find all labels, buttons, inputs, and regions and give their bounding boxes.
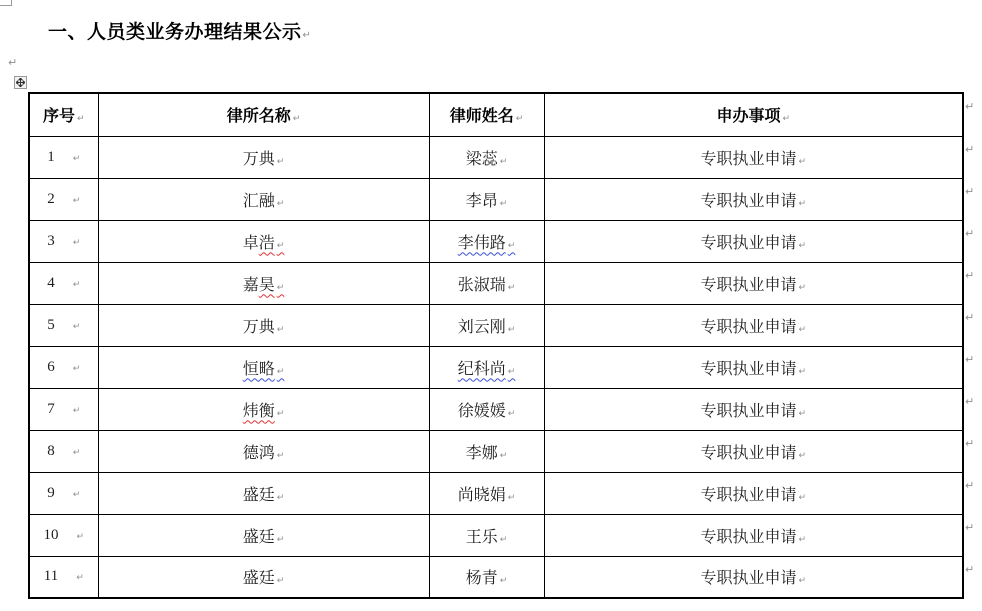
matter-text: 专职执业申请 [700, 529, 796, 546]
row-end-paragraph-mark-icon: ↵ [965, 437, 974, 450]
cell-no[interactable]: 6↵ [29, 346, 98, 388]
cell-end-mark-icon: ↵ [73, 448, 81, 458]
header-label: 申办事项 [716, 108, 780, 125]
table-row: 11↵盛廷↵杨青↵专职执业申请↵ [29, 556, 963, 598]
cell-firm-name[interactable]: 盛廷↵ [98, 556, 429, 598]
cell-no[interactable]: 5↵ [29, 304, 98, 346]
matter-text: 专职执业申请 [700, 193, 796, 210]
row-end-paragraph-mark-icon: ↵ [965, 311, 974, 324]
matter-text: 专职执业申请 [700, 319, 796, 336]
firm-text: 嘉 [243, 277, 259, 294]
cell-no[interactable]: 4↵ [29, 262, 98, 304]
paragraph-mark-icon: ↵ [8, 56, 17, 69]
cell-lawyer-name[interactable]: 李伟路↵ [429, 220, 544, 262]
firm-text: 炜衡 [243, 403, 275, 420]
cell-end-mark-icon: ↵ [798, 199, 806, 209]
cell-end-mark-icon: ↵ [277, 241, 285, 251]
lawyer-text: 刘云刚 [458, 319, 506, 336]
cell-no[interactable]: 9↵ [29, 472, 98, 514]
cell-end-mark-icon: ↵ [277, 325, 285, 335]
lawyer-text-spellcheck-blue: 纪科尚↵ [458, 361, 516, 378]
lawyer-text: 杨青 [466, 570, 498, 587]
firm-text: 汇融 [243, 193, 275, 210]
lawyer-text: 张淑瑞 [458, 277, 506, 294]
matter-text: 专职执业申请 [700, 361, 796, 378]
row-end-paragraph-mark-icon: ↵ [965, 395, 974, 408]
cell-firm-name[interactable]: 汇融↵ [98, 178, 429, 220]
row-number: 9 [47, 485, 55, 501]
cell-lawyer-name[interactable]: 梁蕊↵ [429, 136, 544, 178]
lawyer-text: 李昂 [466, 193, 498, 210]
row-end-paragraph-mark-icon: ↵ [965, 479, 974, 492]
cell-end-mark-icon: ↵ [76, 573, 84, 583]
cell-firm-name[interactable]: 恒略↵ [98, 346, 429, 388]
lawyer-text: 李娜 [466, 445, 498, 462]
cell-matter[interactable]: 专职执业申请↵ [544, 178, 963, 220]
firm-text: 盛廷 [243, 487, 275, 504]
cell-matter[interactable]: 专职执业申请↵ [544, 304, 963, 346]
header-cell-lawyer[interactable]: 律师姓名↵ [429, 93, 544, 136]
firm-text: 盛廷 [243, 570, 275, 587]
cell-end-mark-icon: ↵ [508, 325, 516, 335]
cell-lawyer-name[interactable]: 李昂↵ [429, 178, 544, 220]
cell-end-mark-icon: ↵ [798, 451, 806, 461]
lawyer-text-spellcheck-blue: 李伟路↵ [458, 235, 516, 252]
cell-no[interactable]: 3↵ [29, 220, 98, 262]
firm-text: 昊 [259, 277, 275, 294]
row-number: 5 [47, 317, 55, 333]
row-number: 4 [47, 275, 55, 291]
table-header-row: 序号↵ 律所名称↵ 律师姓名↵ 申办事项↵ [29, 93, 963, 136]
lawyer-text: 梁蕊 [466, 151, 498, 168]
cell-end-mark-icon: ↵ [73, 196, 81, 206]
header-label: 序号 [43, 108, 75, 125]
row-end-paragraph-mark-icon: ↵ [965, 269, 974, 282]
paragraph-mark-icon: ↵ [303, 30, 312, 41]
firm-text: 盛廷 [243, 529, 275, 546]
row-end-paragraph-mark-icon: ↵ [965, 353, 974, 366]
cell-firm-name[interactable]: 万典↵ [98, 136, 429, 178]
cell-end-mark-icon: ↵ [798, 157, 806, 167]
firm-text-spellcheck-red: 炜衡 [243, 403, 275, 420]
cell-end-mark-icon: ↵ [277, 367, 285, 377]
row-number: 6 [47, 359, 55, 375]
cell-end-mark-icon: ↵ [277, 493, 285, 503]
table-row: 9↵盛廷↵尚晓娟↵专职执业申请↵ [29, 472, 963, 514]
matter-text: 专职执业申请 [700, 570, 796, 587]
header-cell-matter[interactable]: 申办事项↵ [544, 93, 963, 136]
section-heading[interactable]: 一、人员类业务办理结果公示↵ [48, 17, 311, 44]
cell-end-mark-icon: ↵ [73, 364, 81, 374]
firm-text: 恒略 [243, 361, 275, 378]
row-number: 7 [47, 401, 55, 417]
cell-end-mark-icon: ↵ [798, 535, 806, 545]
row-number: 3 [47, 233, 55, 249]
cell-end-mark-icon: ↵ [782, 114, 790, 124]
row-end-paragraph-mark-icon: ↵ [965, 521, 974, 534]
cell-matter[interactable]: 专职执业申请↵ [544, 346, 963, 388]
firm-text: 万典 [243, 319, 275, 336]
cell-no[interactable]: 1↵ [29, 136, 98, 178]
cell-no[interactable]: 2↵ [29, 178, 98, 220]
cell-end-mark-icon: ↵ [798, 409, 806, 419]
cell-end-mark-icon: ↵ [500, 157, 508, 167]
cell-lawyer-name[interactable]: 杨青↵ [429, 556, 544, 598]
cell-lawyer-name[interactable]: 刘云刚↵ [429, 304, 544, 346]
firm-text-spellcheck-red: 昊↵ [259, 277, 285, 294]
cell-lawyer-name[interactable]: 纪科尚↵ [429, 346, 544, 388]
lawyer-text: 纪科尚 [458, 361, 506, 378]
header-cell-firm[interactable]: 律所名称↵ [98, 93, 429, 136]
table-row: 6↵恒略↵纪科尚↵专职执业申请↵ [29, 346, 963, 388]
table-move-handle[interactable] [14, 76, 27, 89]
cell-end-mark-icon: ↵ [73, 154, 81, 164]
matter-text: 专职执业申请 [700, 277, 796, 294]
cell-firm-name[interactable]: 盛廷↵ [98, 472, 429, 514]
cropped-corner-fragment [0, 0, 12, 6]
row-end-paragraph-mark-icon: ↵ [965, 185, 974, 198]
cell-firm-name[interactable]: 炜衡↵ [98, 388, 429, 430]
cell-end-mark-icon: ↵ [277, 451, 285, 461]
table-row: 2↵汇融↵李昂↵专职执业申请↵ [29, 178, 963, 220]
results-table: 序号↵ 律所名称↵ 律师姓名↵ 申办事项↵ 1↵万典↵梁蕊↵专职执业申请↵2↵汇… [28, 92, 964, 599]
cell-firm-name[interactable]: 嘉昊↵ [98, 262, 429, 304]
lawyer-text: 李伟路 [458, 235, 506, 252]
cell-firm-name[interactable]: 德鸿↵ [98, 430, 429, 472]
header-cell-no[interactable]: 序号↵ [29, 93, 98, 136]
cell-end-mark-icon: ↵ [76, 532, 84, 542]
cell-end-mark-icon: ↵ [500, 576, 508, 586]
cell-end-mark-icon: ↵ [277, 283, 285, 293]
move-cross-icon [16, 78, 25, 87]
cell-lawyer-name[interactable]: 徐媛媛↵ [429, 388, 544, 430]
cell-firm-name[interactable]: 卓浩↵ [98, 220, 429, 262]
cell-end-mark-icon: ↵ [798, 493, 806, 503]
cell-end-mark-icon: ↵ [508, 409, 516, 419]
document-page: 一、人员类业务办理结果公示↵ ↵ 序号↵ 律所名称↵ [0, 0, 982, 611]
firm-text-spellcheck-blue: 恒略↵ [243, 361, 285, 378]
cell-firm-name[interactable]: 万典↵ [98, 304, 429, 346]
row-number: 10 [43, 527, 58, 543]
row-end-paragraph-mark-icon: ↵ [965, 563, 974, 576]
matter-text: 专职执业申请 [700, 487, 796, 504]
cell-end-mark-icon: ↵ [277, 576, 285, 586]
cell-end-mark-icon: ↵ [798, 367, 806, 377]
cell-no[interactable]: 8↵ [29, 430, 98, 472]
table-row: 8↵德鸿↵李娜↵专职执业申请↵ [29, 430, 963, 472]
cell-end-mark-icon: ↵ [798, 241, 806, 251]
firm-text: 万典 [243, 151, 275, 168]
cell-end-mark-icon: ↵ [293, 114, 301, 124]
cell-end-mark-icon: ↵ [500, 535, 508, 545]
cell-lawyer-name[interactable]: 李娜↵ [429, 430, 544, 472]
cell-end-mark-icon: ↵ [508, 241, 516, 251]
cell-matter[interactable]: 专职执业申请↵ [544, 514, 963, 556]
cell-end-mark-icon: ↵ [516, 114, 524, 124]
cell-end-mark-icon: ↵ [77, 114, 85, 124]
table-row: 3↵卓浩↵李伟路↵专职执业申请↵ [29, 220, 963, 262]
firm-text: 浩 [259, 235, 275, 252]
matter-text: 专职执业申请 [700, 445, 796, 462]
cell-end-mark-icon: ↵ [798, 283, 806, 293]
firm-text-spellcheck-red: 浩↵ [259, 235, 285, 252]
table-row: 5↵万典↵刘云刚↵专职执业申请↵ [29, 304, 963, 346]
row-end-paragraph-mark-icon: ↵ [965, 227, 974, 240]
cell-lawyer-name[interactable]: 尚晓娟↵ [429, 472, 544, 514]
cell-end-mark-icon: ↵ [73, 490, 81, 500]
cell-lawyer-name[interactable]: 张淑瑞↵ [429, 262, 544, 304]
table-row: 1↵万典↵梁蕊↵专职执业申请↵ [29, 136, 963, 178]
cell-no[interactable]: 11↵ [29, 556, 98, 598]
cell-matter[interactable]: 专职执业申请↵ [544, 556, 963, 598]
table-row: 7↵炜衡↵徐媛媛↵专职执业申请↵ [29, 388, 963, 430]
header-label: 律所名称 [227, 108, 291, 125]
lawyer-text: 王乐 [466, 529, 498, 546]
cell-end-mark-icon: ↵ [798, 325, 806, 335]
row-number: 8 [47, 443, 55, 459]
row-number: 11 [44, 568, 58, 584]
row-end-paragraph-mark-icon: ↵ [965, 100, 974, 113]
cell-end-mark-icon: ↵ [277, 157, 285, 167]
cell-no[interactable]: 7↵ [29, 388, 98, 430]
lawyer-text: 徐媛媛 [458, 403, 506, 420]
cell-end-mark-icon: ↵ [277, 199, 285, 209]
firm-text: 德鸿 [243, 445, 275, 462]
matter-text: 专职执业申请 [700, 151, 796, 168]
cell-matter[interactable]: 专职执业申请↵ [544, 136, 963, 178]
matter-text: 专职执业申请 [700, 403, 796, 420]
table-row: 10↵盛廷↵王乐↵专职执业申请↵ [29, 514, 963, 556]
cell-end-mark-icon: ↵ [73, 406, 81, 416]
cell-matter[interactable]: 专职执业申请↵ [544, 220, 963, 262]
section-heading-text: 一、人员类业务办理结果公示 [48, 22, 302, 43]
cell-no[interactable]: 10↵ [29, 514, 98, 556]
cell-end-mark-icon: ↵ [73, 280, 81, 290]
cell-end-mark-icon: ↵ [500, 451, 508, 461]
cell-firm-name[interactable]: 盛廷↵ [98, 514, 429, 556]
lawyer-text: 尚晓娟 [458, 487, 506, 504]
table-body: 1↵万典↵梁蕊↵专职执业申请↵2↵汇融↵李昂↵专职执业申请↵3↵卓浩↵李伟路↵专… [29, 136, 963, 598]
matter-text: 专职执业申请 [700, 235, 796, 252]
cell-matter[interactable]: 专职执业申请↵ [544, 388, 963, 430]
row-number: 1 [47, 149, 55, 165]
table-row: 4↵嘉昊↵张淑瑞↵专职执业申请↵ [29, 262, 963, 304]
header-label: 律师姓名 [450, 108, 514, 125]
cell-end-mark-icon: ↵ [798, 576, 806, 586]
cell-end-mark-icon: ↵ [277, 409, 285, 419]
cell-matter[interactable]: 专职执业申请↵ [544, 472, 963, 514]
cell-end-mark-icon: ↵ [277, 535, 285, 545]
cell-end-mark-icon: ↵ [73, 238, 81, 248]
cell-end-mark-icon: ↵ [508, 493, 516, 503]
row-end-paragraph-mark-icon: ↵ [965, 143, 974, 156]
cell-matter[interactable]: 专职执业申请↵ [544, 430, 963, 472]
cell-end-mark-icon: ↵ [500, 199, 508, 209]
firm-text: 卓 [243, 235, 259, 252]
cell-matter[interactable]: 专职执业申请↵ [544, 262, 963, 304]
cell-lawyer-name[interactable]: 王乐↵ [429, 514, 544, 556]
cell-end-mark-icon: ↵ [73, 322, 81, 332]
cell-end-mark-icon: ↵ [508, 283, 516, 293]
row-number: 2 [47, 191, 55, 207]
cell-end-mark-icon: ↵ [508, 367, 516, 377]
